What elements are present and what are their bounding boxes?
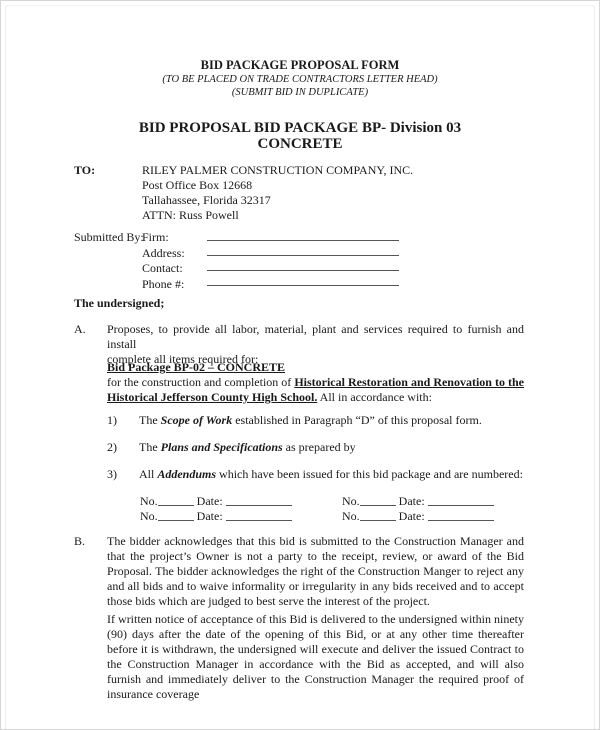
item-2-pre: The — [139, 440, 161, 454]
recipient-po-box: Post Office Box 12668 — [142, 178, 413, 193]
addendum-no-field[interactable] — [360, 505, 396, 506]
item-3-number: 3) — [107, 467, 117, 482]
item-3-text: All Addendums which have been issued for… — [139, 467, 523, 482]
address-field[interactable] — [207, 255, 399, 256]
bid-package-title: Bid Package BP-02 – CONCRETE — [107, 360, 285, 374]
item-1-text: The Scope of Work established in Paragra… — [139, 413, 482, 428]
section-a-intro-line-1: Proposes, to provide all labor, material… — [107, 322, 524, 352]
contact-field[interactable] — [207, 270, 399, 271]
addendum-no-field[interactable] — [158, 505, 194, 506]
project-name-line-2: Historical Jefferson County High School. — [107, 390, 317, 404]
addendum-row: No. Date: — [342, 509, 494, 524]
proposal-heading-division: CONCRETE — [0, 135, 600, 153]
addendum-row: No. Date: — [342, 494, 494, 509]
form-title: BID PACKAGE PROPOSAL FORM — [0, 58, 600, 73]
addendum-date-label: Date: — [399, 509, 425, 523]
addendum-row: No. Date: — [140, 494, 292, 509]
accordance-text: All in accordance with: — [317, 390, 432, 404]
item-2-text: The Plans and Specifications as prepared… — [139, 440, 356, 455]
firm-label: Firm: — [142, 230, 185, 246]
addendum-no-label: No. — [140, 509, 158, 523]
to-label: TO: — [74, 163, 95, 178]
phone-field[interactable] — [207, 285, 399, 286]
item-1-number: 1) — [107, 413, 117, 428]
undersigned-heading: The undersigned; — [74, 296, 164, 311]
bid-package-block: Bid Package BP-02 – CONCRETE for the con… — [107, 360, 524, 405]
addendum-date-field[interactable] — [428, 505, 494, 506]
recipient-city: Tallahassee, Florida 32317 — [142, 193, 413, 208]
submitted-by-fields: Firm: Address: Contact: Phone #: — [142, 230, 185, 292]
addendum-date-field[interactable] — [226, 520, 292, 521]
section-b-paragraph-1: The bidder acknowledges that this bid is… — [107, 534, 524, 609]
item-1-emph: Scope of Work — [161, 413, 233, 427]
recipient-company: RILEY PALMER CONSTRUCTION COMPANY, INC. — [142, 163, 413, 178]
addendum-date-label: Date: — [197, 494, 223, 508]
section-b-letter: B. — [74, 534, 85, 549]
addendum-no-label: No. — [140, 494, 158, 508]
addendum-date-field[interactable] — [226, 505, 292, 506]
item-1-post: established in Paragraph “D” of this pro… — [232, 413, 482, 427]
addendum-date-label: Date: — [197, 509, 223, 523]
contact-label: Contact: — [142, 261, 185, 277]
firm-field[interactable] — [207, 240, 399, 241]
recipient-address: RILEY PALMER CONSTRUCTION COMPANY, INC. … — [142, 163, 413, 223]
addendum-row: No. Date: — [140, 509, 292, 524]
item-3-pre: All — [139, 467, 157, 481]
item-2-number: 2) — [107, 440, 117, 455]
item-3-emph: Addendums — [157, 467, 216, 481]
submitted-by-label: Submitted By: — [74, 230, 144, 245]
address-label: Address: — [142, 246, 185, 262]
item-3-post: which have been issued for this bid pack… — [216, 467, 523, 481]
form-subtitle-duplicate: (SUBMIT BID IN DUPLICATE) — [0, 85, 600, 100]
addendum-no-label: No. — [342, 494, 360, 508]
recipient-attn: ATTN: Russ Powell — [142, 208, 413, 223]
phone-label: Phone #: — [142, 277, 185, 293]
section-a-letter: A. — [74, 322, 86, 337]
addendum-no-label: No. — [342, 509, 360, 523]
item-2-emph: Plans and Specifications — [161, 440, 283, 454]
addendum-no-field[interactable] — [360, 520, 396, 521]
item-2-post: as prepared by — [283, 440, 356, 454]
addendum-no-field[interactable] — [158, 520, 194, 521]
addendum-date-label: Date: — [399, 494, 425, 508]
addendum-date-field[interactable] — [428, 520, 494, 521]
project-name-line-1: Historical Restoration and Renovation to… — [294, 375, 524, 389]
for-text: for the construction and completion of — [107, 375, 294, 389]
item-1-pre: The — [139, 413, 161, 427]
section-b-paragraph-2: If written notice of acceptance of this … — [107, 612, 524, 702]
